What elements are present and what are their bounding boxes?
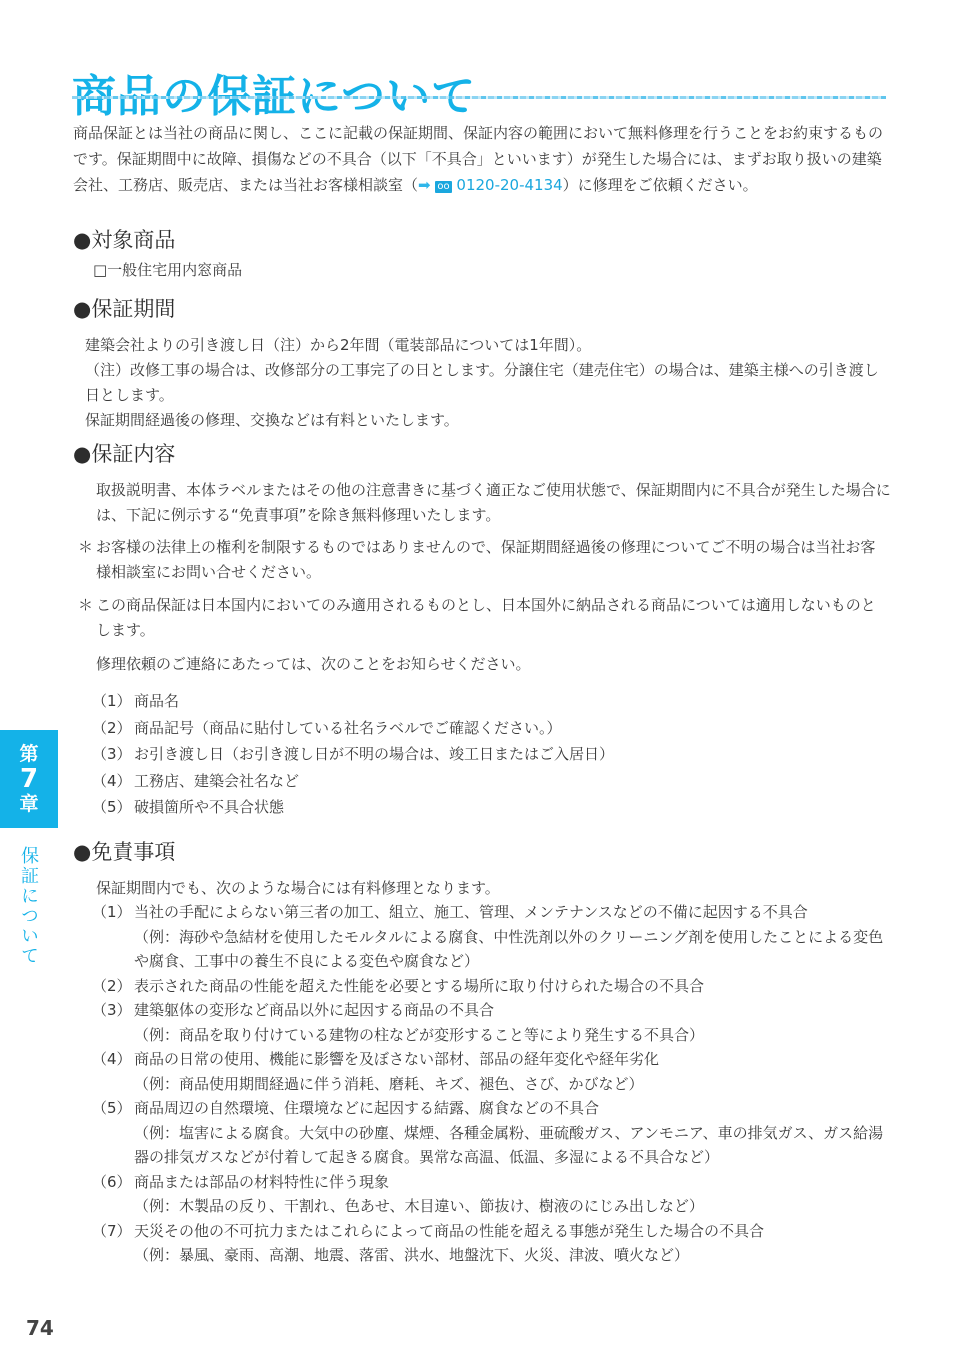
intro-paragraph: 商品保証とは当社の商品に関し、ここに記載の保証期間、保証内容の範囲において無料修… [73,120,893,198]
item-text: 当社の手配によらない第三者の加工、組立、施工、管理、メンテナンスなどの不備に起因… [134,903,808,921]
item-number: （4） [92,768,132,795]
list-item: （3）建築躯体の変形など商品以外に起因する商品の不具合（例：商品を取り付けている… [92,998,892,1047]
list-item: （7）天災その他の不可抗力またはこれらによって商品の性能を超える事態が発生した場… [92,1219,892,1268]
list-item: （3）お引き渡し日（お引き渡し日が不明の場合は、竣工日またはご入居日） [92,741,892,768]
note-text: この商品保証は日本国内においてのみ適用されるものとし、日本国外に納品される商品に… [96,596,876,639]
period-body: 建築会社よりの引き渡し日（注）から2年間（電装部品については1年間）。 （注）改… [85,333,885,433]
list-item: （2）表示された商品の性能を超えた性能を必要とする場所に取り付けられた場合の不具… [92,974,892,999]
item-number: （2） [92,715,132,742]
item-number: （1） [92,900,132,925]
asterisk-icon: ＊ [78,535,93,560]
item-example: （例：暴風、豪雨、高潮、地震、落雷、洪水、地盤沈下、火災、津波、噴火など） [134,1243,892,1268]
item-number: （7） [92,1219,132,1244]
chapter-prefix: 第 [19,742,38,766]
item-text: 表示された商品の性能を超えた性能を必要とする場所に取り付けられた場合の不具合 [134,977,704,995]
list-item: （5）破損箇所や不具合状態 [92,794,892,821]
item-text: 商品周辺の自然環境、住環境などに起因する結露、腐食などの不具合 [134,1099,599,1117]
list-item: （5）商品周辺の自然環境、住環境などに起因する結露、腐食などの不具合（例：塩害に… [92,1096,892,1170]
chapter-tab[interactable]: 第 7 章 [0,730,58,828]
list-item: （4）商品の日常の使用、機能に影響を及ぼさない部材、部品の経年変化や経年劣化（例… [92,1047,892,1096]
note-text: お客様の法律上の権利を制限するものではありませんので、保証期間経過後の修理につい… [96,538,875,581]
list-item: （4）工務店、建築会社名など [92,768,892,795]
chapter-suffix: 章 [19,792,38,816]
item-number: （3） [92,741,132,768]
content-note-1: ＊お客様の法律上の権利を制限するものではありませんので、保証期間経過後の修理につ… [96,535,886,585]
item-example: （例：木製品の反り、干割れ、色あせ、木目違い、節抜け、樹液のにじみ出しなど） [134,1194,892,1219]
item-number: （2） [92,974,132,999]
intro-text-end: ）に修理をご依頼ください。 [563,176,758,194]
content-note-2: ＊この商品保証は日本国内においてのみ適用されるものとし、日本国外に納品される商品… [96,593,886,643]
list-item: （2）商品記号（商品に貼付している社名ラベルでご確認ください。） [92,715,892,742]
item-number: （3） [92,998,132,1023]
contact-intro: 修理依頼のご連絡にあたっては、次のことをお知らせください。 [96,652,531,677]
item-number: （1） [92,688,132,715]
customer-phone[interactable]: ➡ oo 0120-20-4134 [418,176,563,194]
item-example: （例：商品使用期間経過に伴う消耗、磨耗、キズ、褪色、さび、かびなど） [134,1072,892,1097]
section-heading-exemptions: ●免責事項 [73,838,175,866]
title-underline [72,96,886,99]
chapter-label: 保証について [21,846,41,966]
item-text: 工務店、建築会社名など [134,772,299,790]
target-item: □一般住宅用内窓商品 [93,258,242,283]
item-text: 商品または部品の材料特性に伴う現象 [134,1173,389,1191]
item-number: （5） [92,1096,132,1121]
item-text: お引き渡し日（お引き渡し日が不明の場合は、竣工日またはご入居日） [134,745,614,763]
item-example: （例：商品を取り付けている建物の柱などが変形すること等により発生する不具合） [134,1023,892,1048]
item-example: （例：海砂や急結材を使用したモルタルによる腐食、中性洗剤以外のクリーニング剤を使… [134,925,892,974]
section-heading-period: ●保証期間 [73,295,175,323]
content-body: 取扱説明書、本体ラベルまたはその他の注意書きに基づく適正なご使用状態で、保証期間… [96,478,896,528]
item-number: （6） [92,1170,132,1195]
list-item: （1）当社の手配によらない第三者の加工、組立、施工、管理、メンテナンスなどの不備… [92,900,892,974]
asterisk-icon: ＊ [78,593,93,618]
item-example: （例：塩害による腐食。大気中の砂塵、煤煙、各種金属粉、亜硫酸ガス、アンモニア、車… [134,1121,892,1170]
section-heading-target: ●対象商品 [73,226,175,254]
item-text: 商品の日常の使用、機能に影響を及ぼさない部材、部品の経年変化や経年劣化 [134,1050,659,1068]
page-number: 74 [26,1316,54,1340]
item-text: 商品記号（商品に貼付している社名ラベルでご確認ください。） [134,719,562,737]
item-number: （4） [92,1047,132,1072]
period-line: 保証期間経過後の修理、交換などは有料といたします。 [85,408,885,433]
exemptions-intro: 保証期間内でも、次のような場合には有料修理となります。 [96,876,500,901]
period-line: 建築会社よりの引き渡し日（注）から2年間（電装部品については1年間）。 [85,333,885,358]
list-item: （6）商品または部品の材料特性に伴う現象（例：木製品の反り、干割れ、色あせ、木目… [92,1170,892,1219]
item-text: 破損箇所や不具合状態 [134,798,284,816]
phone-number: 0120-20-4134 [456,176,562,194]
period-note: （注）改修工事の場合は、改修部分の工事完了の日とします。分譲住宅（建売住宅）の場… [85,358,885,408]
item-text: 商品名 [134,692,179,710]
item-text: 建築躯体の変形など商品以外に起因する商品の不具合 [134,1001,494,1019]
item-text: 天災その他の不可抗力またはこれらによって商品の性能を超える事態が発生した場合の不… [134,1222,764,1240]
contact-list: （1）商品名 （2）商品記号（商品に貼付している社名ラベルでご確認ください。） … [92,688,892,821]
item-number: （5） [92,794,132,821]
arrow-right-icon: ➡ [418,176,431,194]
exemptions-list: （1）当社の手配によらない第三者の加工、組立、施工、管理、メンテナンスなどの不備… [92,900,892,1268]
freedial-icon: oo [435,181,451,193]
section-heading-content: ●保証内容 [73,440,175,468]
chapter-number: 7 [20,766,38,792]
list-item: （1）商品名 [92,688,892,715]
